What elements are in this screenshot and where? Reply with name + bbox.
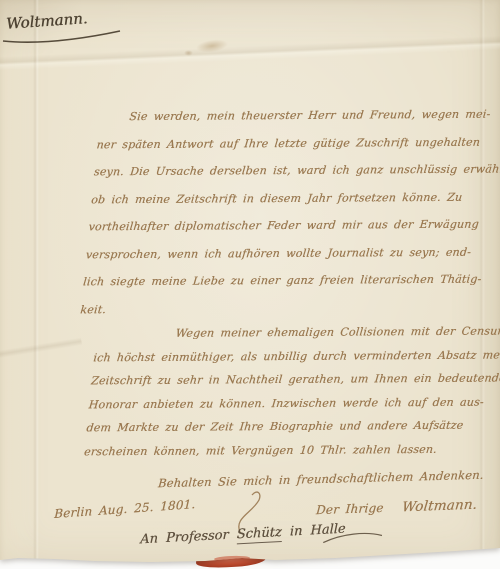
handwritten-line: ich höchst einmüthiger, als unbillig dur… — [92, 343, 479, 369]
letter-paragraph-2: Wegen meiner ehemaligen Collisionen mit … — [83, 320, 481, 464]
paper-shadow-wrapper: Woltmann. Sie werden, mein theuerster He… — [0, 0, 500, 569]
paper-fold-left — [33, 0, 39, 569]
handwritten-line: Wegen meiner ehemaligen Collisionen mit … — [94, 320, 481, 346]
address-tail-flourish — [322, 528, 385, 545]
letter-paragraph-1: Sie werden, mein theuerster Herr und Fre… — [79, 101, 485, 324]
handwritten-line: erscheinen können, mit Vergnügen 10 Thlr… — [83, 438, 470, 464]
valediction: Der Ihrige — [316, 501, 385, 517]
handwritten-line: Honorar anbieten zu können. Inzwischen w… — [88, 390, 475, 416]
handwritten-line: versprochen, wenn ich aufhören wollte Jo… — [84, 238, 471, 268]
seal-smear — [214, 555, 250, 561]
address-recipient-name: Schütz — [237, 525, 282, 544]
handwritten-line: seyn. Die Ursache derselben ist, ward ic… — [93, 156, 480, 186]
handwritten-line: Zeitschrift zu sehr in Nachtheil gerathe… — [90, 367, 477, 393]
paper-crease-left — [0, 337, 82, 358]
handwritten-line: lich siegte meine Liebe zu einer ganz fr… — [82, 266, 469, 296]
note-underline-stroke — [2, 28, 122, 46]
handwritten-line: vortheilhafter diplomatischer Feder ward… — [87, 211, 474, 241]
handwritten-line: keit. — [79, 293, 466, 323]
letter-paper: Woltmann. Sie werden, mein theuerster He… — [0, 0, 500, 569]
dateline: Berlin Aug. 25. 1801. — [54, 497, 196, 521]
handwritten-line: dem Markte zu der Zeit Ihre Biographie u… — [85, 414, 472, 440]
scanned-letter: Woltmann. Sie werden, mein theuerster He… — [0, 0, 500, 569]
handwritten-line: Sie werden, mein theuerster Herr und Fre… — [98, 101, 485, 131]
address-prefix: An Professor — [140, 528, 229, 548]
closing-line: Behalten Sie mich in freundschaftlichem … — [158, 468, 485, 491]
handwritten-line: ob ich meine Zeitschrift in diesem Jahr … — [90, 183, 477, 213]
handwritten-line: ner späten Antwort auf Ihre letzte gütig… — [95, 128, 482, 158]
paper-stain-small — [184, 50, 193, 56]
signature-name: Woltmann. — [401, 497, 478, 516]
